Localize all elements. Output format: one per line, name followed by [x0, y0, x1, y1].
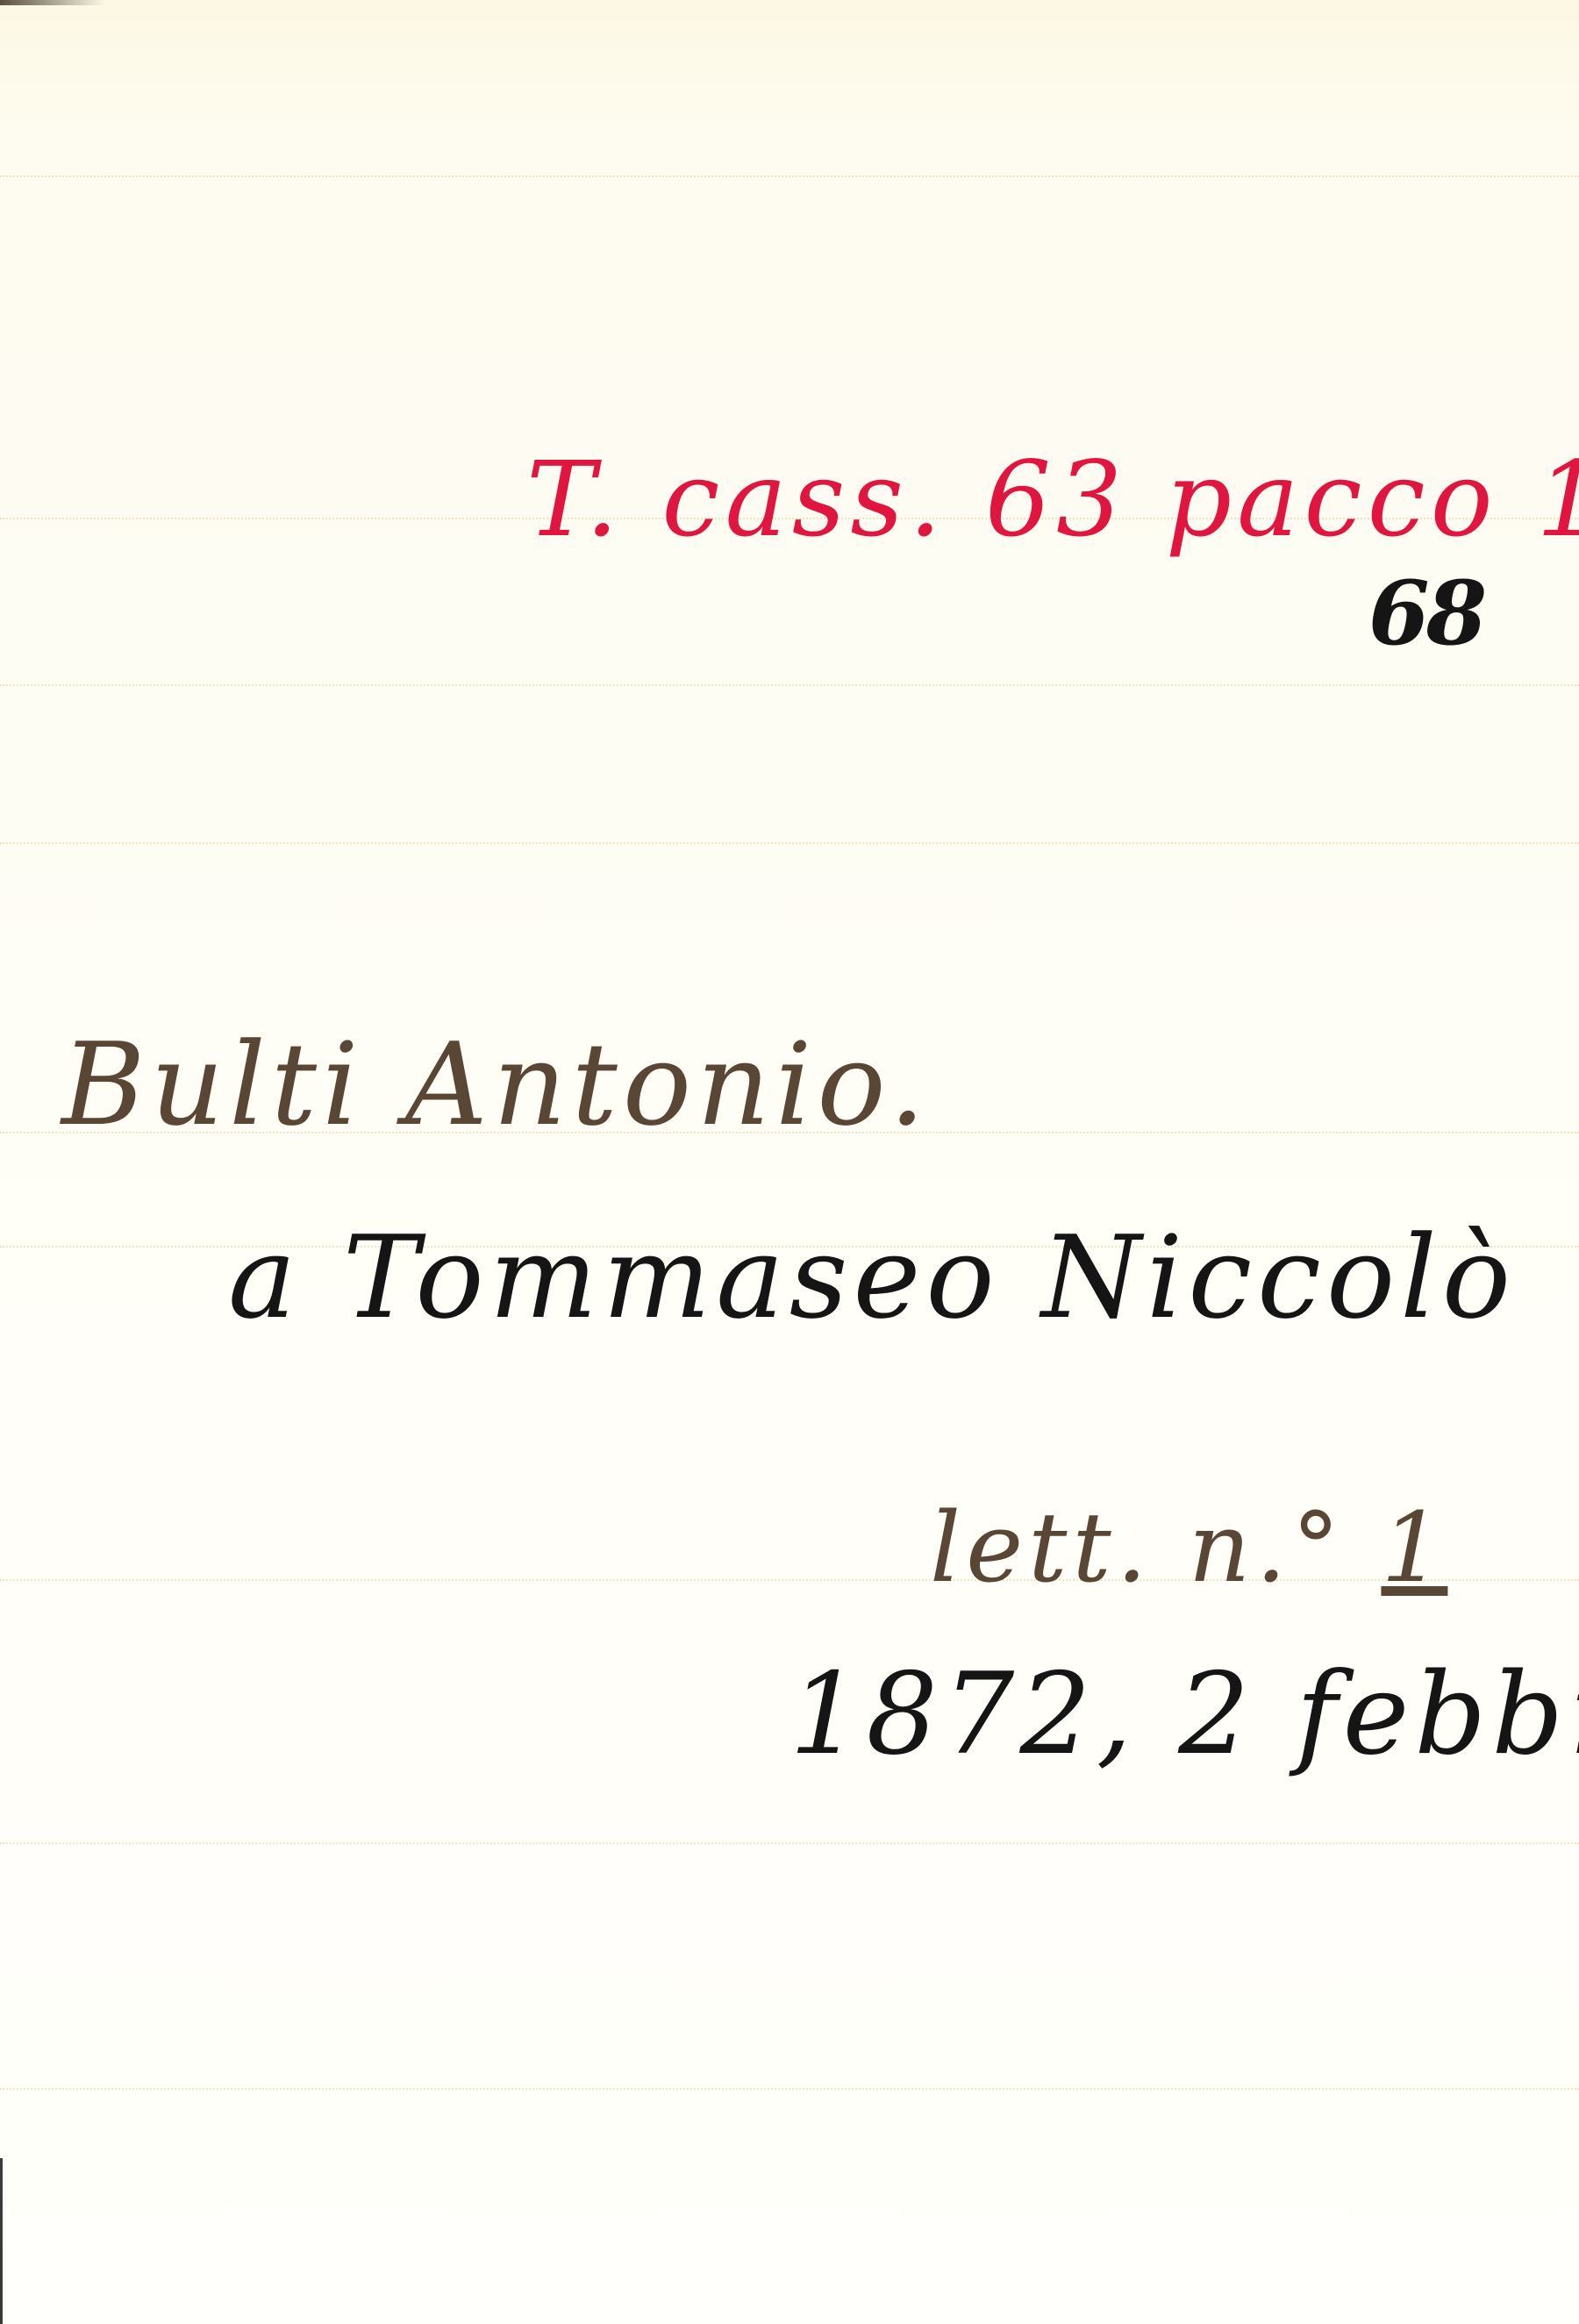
letter-number: lett. n.° 1 [930, 1491, 1447, 1604]
scan-edge-mark [0, 0, 105, 5]
letter-number-prefix: lett. n.° [930, 1491, 1381, 1604]
ruled-line [0, 175, 1579, 177]
ruled-line [0, 1842, 1579, 1844]
scan-edge-shadow [0, 2158, 3, 2324]
letter-number-value: 1 [1381, 1491, 1447, 1604]
sender-name: Bulti Antonio. [61, 1018, 931, 1151]
ruled-line [0, 842, 1579, 844]
recipient-name: a Tommaseo Niccolò [228, 1211, 1516, 1344]
letter-date: 1872, 2 febbr. [789, 1649, 1579, 1780]
index-card: T. cass. 63 pacco 117. 68 Bulti Antonio.… [0, 0, 1579, 2324]
ruled-line [0, 684, 1579, 686]
archive-reference: T. cass. 63 pacco 117. [526, 439, 1579, 560]
archive-reference-correction: 68 [1368, 561, 1483, 665]
ruled-line [0, 2088, 1579, 2090]
